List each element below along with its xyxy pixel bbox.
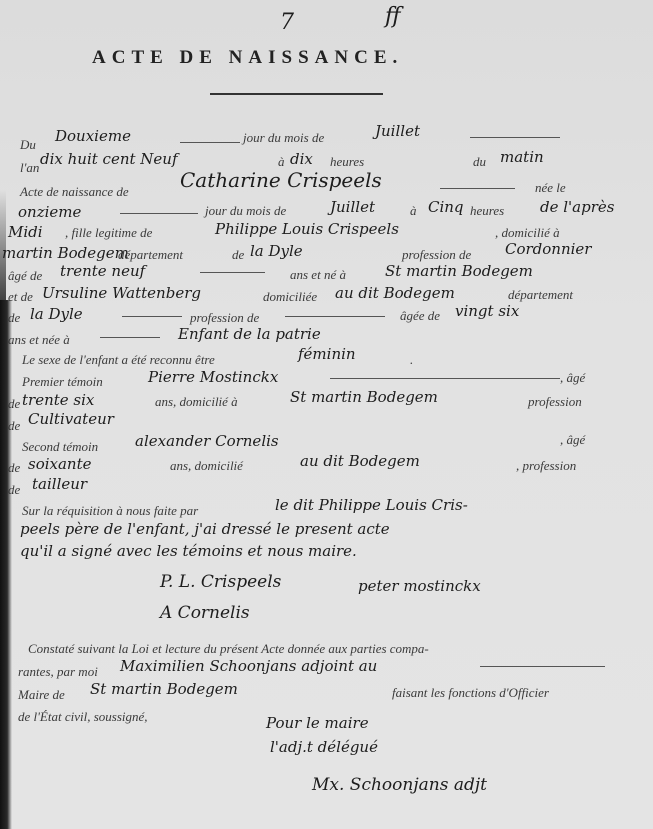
declaration-line-1: peels père de l'enfant, j'ai dressé le p… (20, 520, 390, 538)
label-profession: profession (528, 394, 582, 410)
declarant: le dit Philippe Louis Cris- (275, 496, 468, 514)
father-department: la Dyle (250, 242, 303, 260)
closing-line-2-label: rantes, par moi (18, 664, 98, 680)
municipality: St martin Bodegem (90, 680, 238, 698)
label-profession-2: , profession (516, 458, 576, 474)
child-name: Catharine Crispeels (180, 168, 382, 192)
closing-line-3-label: Maire de (18, 687, 65, 703)
time-of-day-written: matin (500, 148, 544, 166)
witness2-profession: tailleur (32, 475, 87, 493)
label-jour-du-mois: jour du mois de (243, 130, 324, 146)
label-second-temoin: Second témoin (22, 439, 98, 455)
label-de-6: de (8, 482, 20, 498)
label-nee-le: née le (535, 180, 566, 196)
label-jour-du-mois-2: jour du mois de (205, 203, 286, 219)
day-written: Douxieme (55, 127, 131, 145)
officer-signature-line-1: Pour le maire (266, 714, 369, 732)
label-fille-legitime-de: , fille legitime de (65, 225, 152, 241)
signature-witness2: A Cornelis (160, 603, 250, 623)
witness1-age: trente six (22, 391, 94, 409)
mother-age: vingt six (455, 302, 519, 320)
label-sexe: Le sexe de l'enfant a été reconnu être (22, 352, 215, 368)
label-departement: département (118, 247, 183, 263)
page-edge-binding (0, 300, 12, 829)
label-ans-domicilie-a: ans, domicilié à (155, 394, 238, 410)
label-profession-de: profession de (402, 247, 471, 263)
label-ans-et-ne-a: ans et né à (290, 267, 346, 283)
witness2-residence: au dit Bodegem (300, 452, 420, 470)
label-premier-temoin: Premier témoin (22, 374, 103, 390)
label-de-2: de (8, 310, 20, 326)
label-agee-de: âgée de (400, 308, 440, 324)
label-heures-2: heures (470, 203, 504, 219)
witness2-age: soixante (28, 455, 92, 473)
signature-witness1: peter mostinckx (358, 577, 481, 595)
officer-name: Maximilien Schoonjans adjoint au (120, 657, 377, 675)
label-de-5: de (8, 460, 20, 476)
sexe-period: . (410, 352, 413, 368)
birth-day-written: onzieme (18, 203, 81, 221)
label-a-2: à (410, 203, 417, 219)
label-age-de: âgé de (8, 268, 42, 284)
register-page: 7 ff ACTE DE NAISSANCE. Du Douxieme jour… (0, 0, 653, 829)
year-written: dix huit cent Neuf (40, 150, 178, 168)
label-du-2: du (473, 154, 486, 170)
birth-hour-written: Cinq (428, 198, 464, 216)
label-profession-de-2: profession de (190, 310, 259, 326)
label-ans-domicilie: ans, domicilié (170, 458, 243, 474)
label-ans-et-nee-a: ans et née à (8, 332, 70, 348)
label-age-2: , âgé (560, 432, 585, 448)
label-sur-la-requisition: Sur la réquisition à nous faite par (22, 503, 198, 519)
mother-department: la Dyle (30, 305, 83, 323)
closing-line-1: Constaté suivant la Loi et lecture du pr… (28, 641, 429, 657)
closing-line-4-label: de l'État civil, soussigné, (18, 709, 148, 725)
declaration-line-2: qu'il a signé avec les témoins et nous m… (20, 542, 357, 560)
label-lan: l'an (20, 160, 39, 176)
label-de-3: de (8, 396, 20, 412)
midi-written: Midi (8, 223, 43, 241)
closing-line-3-label-2: faisant les fonctions d'Officier (392, 685, 549, 701)
label-du: Du (20, 137, 36, 153)
father-residence: martin Bodegem (2, 244, 129, 262)
document-title: ACTE DE NAISSANCE. (92, 47, 403, 69)
father-name: Philippe Louis Crispeels (215, 220, 399, 238)
father-profession: Cordonnier (505, 240, 591, 258)
witness1-profession: Cultivateur (28, 410, 114, 428)
witness1-residence: St martin Bodegem (290, 388, 438, 406)
folio-number: 7 (280, 10, 294, 35)
father-birthplace: St martin Bodegem (385, 262, 533, 280)
mother-residence: au dit Bodegem (335, 284, 455, 302)
officer-signature-line-2: l'adj.t délégué (270, 738, 378, 756)
label-acte-de-naissance-de: Acte de naissance de (20, 184, 129, 200)
witness2-name: alexander Cornelis (135, 432, 279, 450)
officer-signature-line-3: Mx. Schoonjans adjt (312, 775, 487, 795)
title-underline (210, 93, 383, 95)
hour-written: dix (290, 150, 313, 168)
father-age: trente neuf (60, 262, 145, 280)
label-domicilie-a: , domicilié à (495, 225, 560, 241)
month-written: Juillet (375, 122, 420, 140)
child-sex: féminin (298, 345, 356, 363)
mother-birthplace: Enfant de la patrie (178, 325, 321, 343)
label-et-de: et de (8, 289, 33, 305)
birth-period-written: de l'après (540, 198, 614, 216)
signature-father: P. L. Crispeels (160, 572, 281, 592)
label-domiciliee: domiciliée (263, 289, 317, 305)
label-departement-2: département (508, 287, 573, 303)
mother-name: Ursuline Wattenberg (42, 284, 201, 302)
folio-flourish: ff (385, 4, 401, 29)
label-de-4: de (8, 418, 20, 434)
label-age: , âgé (560, 370, 585, 386)
birth-month-written: Juillet (330, 198, 375, 216)
label-de: de (232, 247, 244, 263)
witness1-name: Pierre Mostinckx (148, 368, 278, 386)
